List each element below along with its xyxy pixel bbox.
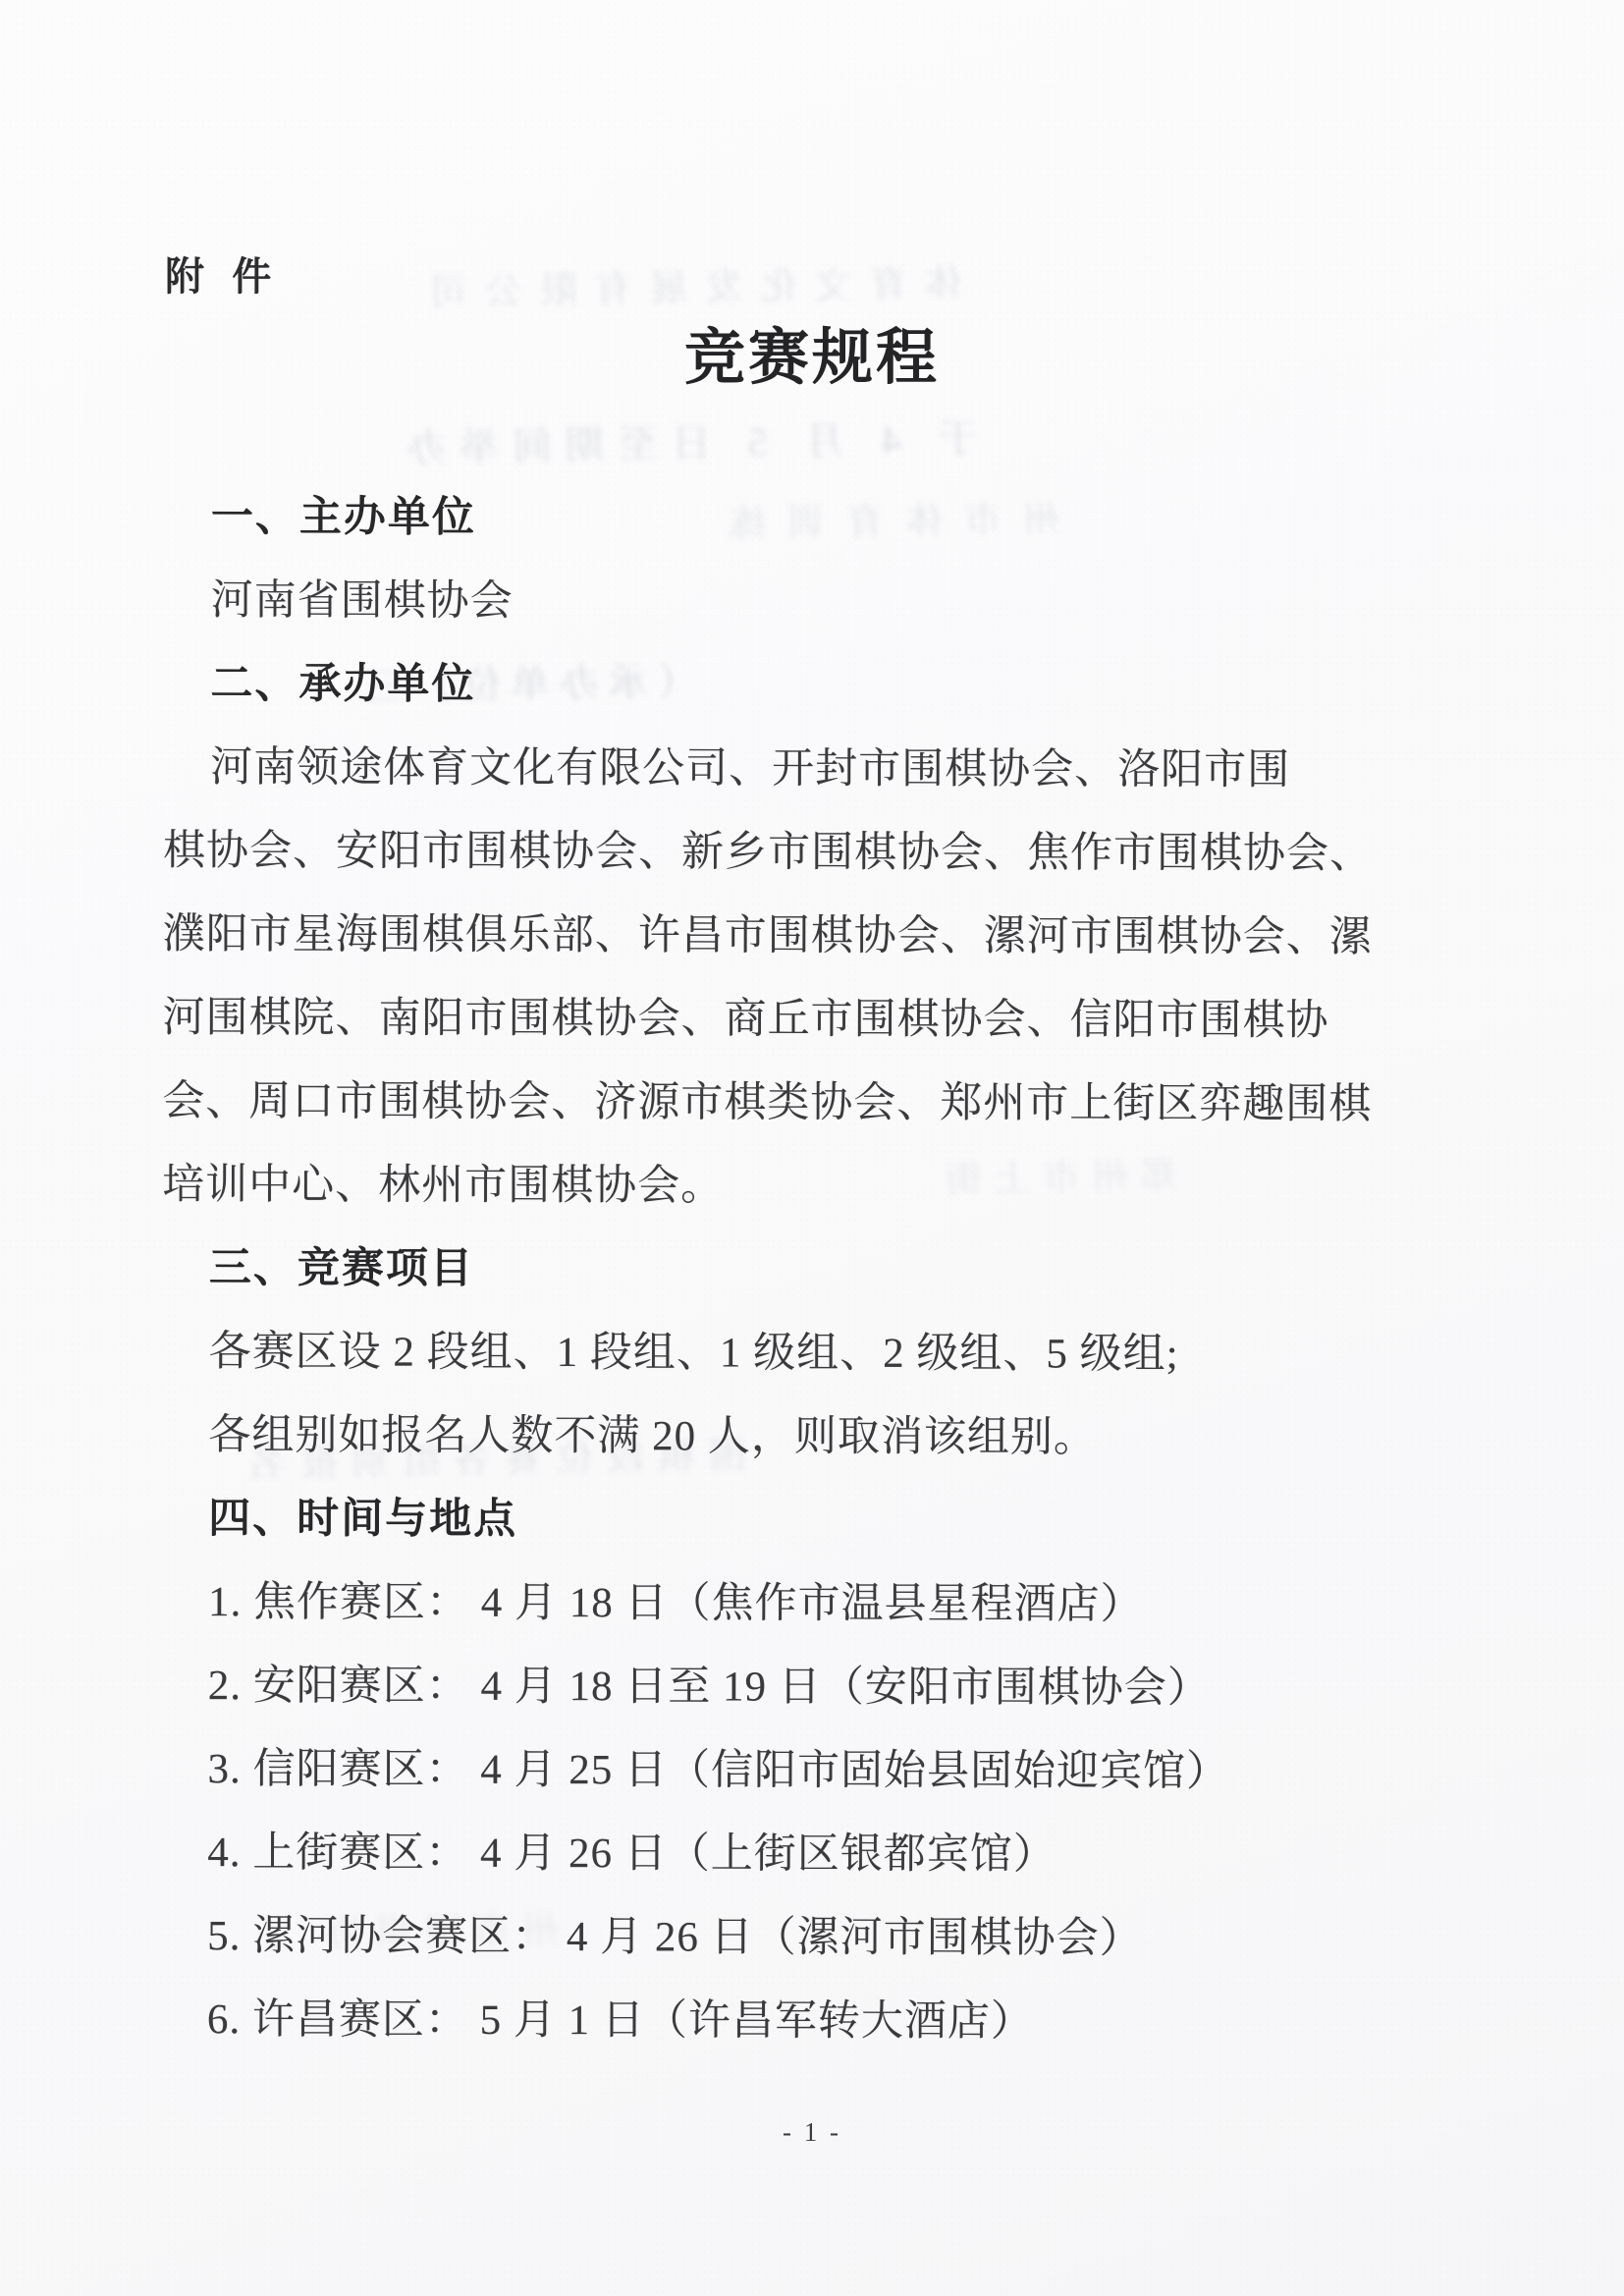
body-line: 濮阳市星海围棋俱乐部、许昌市围棋协会、漯河市围棋协会、漯 bbox=[163, 893, 1238, 979]
body-line: 河南省围棋协会 bbox=[164, 559, 1239, 645]
venue-item: 1. 焦作赛区： 4 月 18 日（焦作市温县星程酒店） bbox=[161, 1560, 1236, 1647]
page-number: - 1 - bbox=[0, 2117, 1624, 2148]
venue-item: 2. 安阳赛区： 4 月 18 日至 19 日（安阳市围棋协会） bbox=[161, 1644, 1236, 1730]
venue-item: 5. 漯河协会赛区： 4 月 26 日（漯河市围棋协会） bbox=[160, 1894, 1235, 1981]
section-heading-events: 三、竞赛项目 bbox=[162, 1227, 1237, 1313]
bleedthrough-ghost-text: 体育文化发展有限公司 bbox=[412, 252, 963, 316]
body-line: 河南领途体育文化有限公司、开封市围棋协会、洛阳市围 bbox=[163, 726, 1238, 812]
page-title: 竞赛规程 bbox=[0, 308, 1624, 396]
body-line: 棋协会、安阳市围棋协会、新乡市围棋协会、焦作市围棋协会、 bbox=[163, 809, 1238, 896]
document-page: 体育文化发展有限公司 于 4 月 5 日至期间举办 州市体育训练 （承办单位）三… bbox=[0, 0, 1624, 2296]
body-line: 会、周口市围棋协会、济源市棋类协会、郑州市上街区弈趣围棋 bbox=[162, 1060, 1237, 1146]
attachment-label: 附 件 bbox=[165, 246, 273, 301]
section-heading-time-place: 四、时间与地点 bbox=[161, 1477, 1236, 1563]
document-body: 一、主办单位 河南省围棋协会 二、承办单位 河南领途体育文化有限公司、开封市围棋… bbox=[160, 475, 1239, 2064]
body-line: 各组别如报名人数不满 20 人，则取消该组别。 bbox=[161, 1394, 1236, 1480]
bleedthrough-ghost-text: 于 4 月 5 日至期间举办 bbox=[393, 408, 979, 473]
body-line: 河围棋院、南阳市围棋协会、商丘市围棋协会、信阳市围棋协 bbox=[162, 976, 1237, 1063]
section-heading-host: 二、承办单位 bbox=[163, 642, 1238, 729]
body-line: 培训中心、林州市围棋协会。 bbox=[162, 1143, 1237, 1230]
body-line: 各赛区设 2 段组、1 段组、1 级组、2 级组、5 级组; bbox=[162, 1310, 1237, 1396]
venue-item: 6. 许昌赛区： 5 月 1 日（许昌军转大酒店） bbox=[160, 1978, 1235, 2064]
venue-item: 4. 上街赛区： 4 月 26 日（上街区银都宾馆） bbox=[160, 1811, 1235, 1897]
section-heading-organizer: 一、主办单位 bbox=[164, 475, 1239, 562]
venue-item: 3. 信阳赛区： 4 月 25 日（信阳市固始县固始迎宾馆） bbox=[160, 1727, 1235, 1814]
